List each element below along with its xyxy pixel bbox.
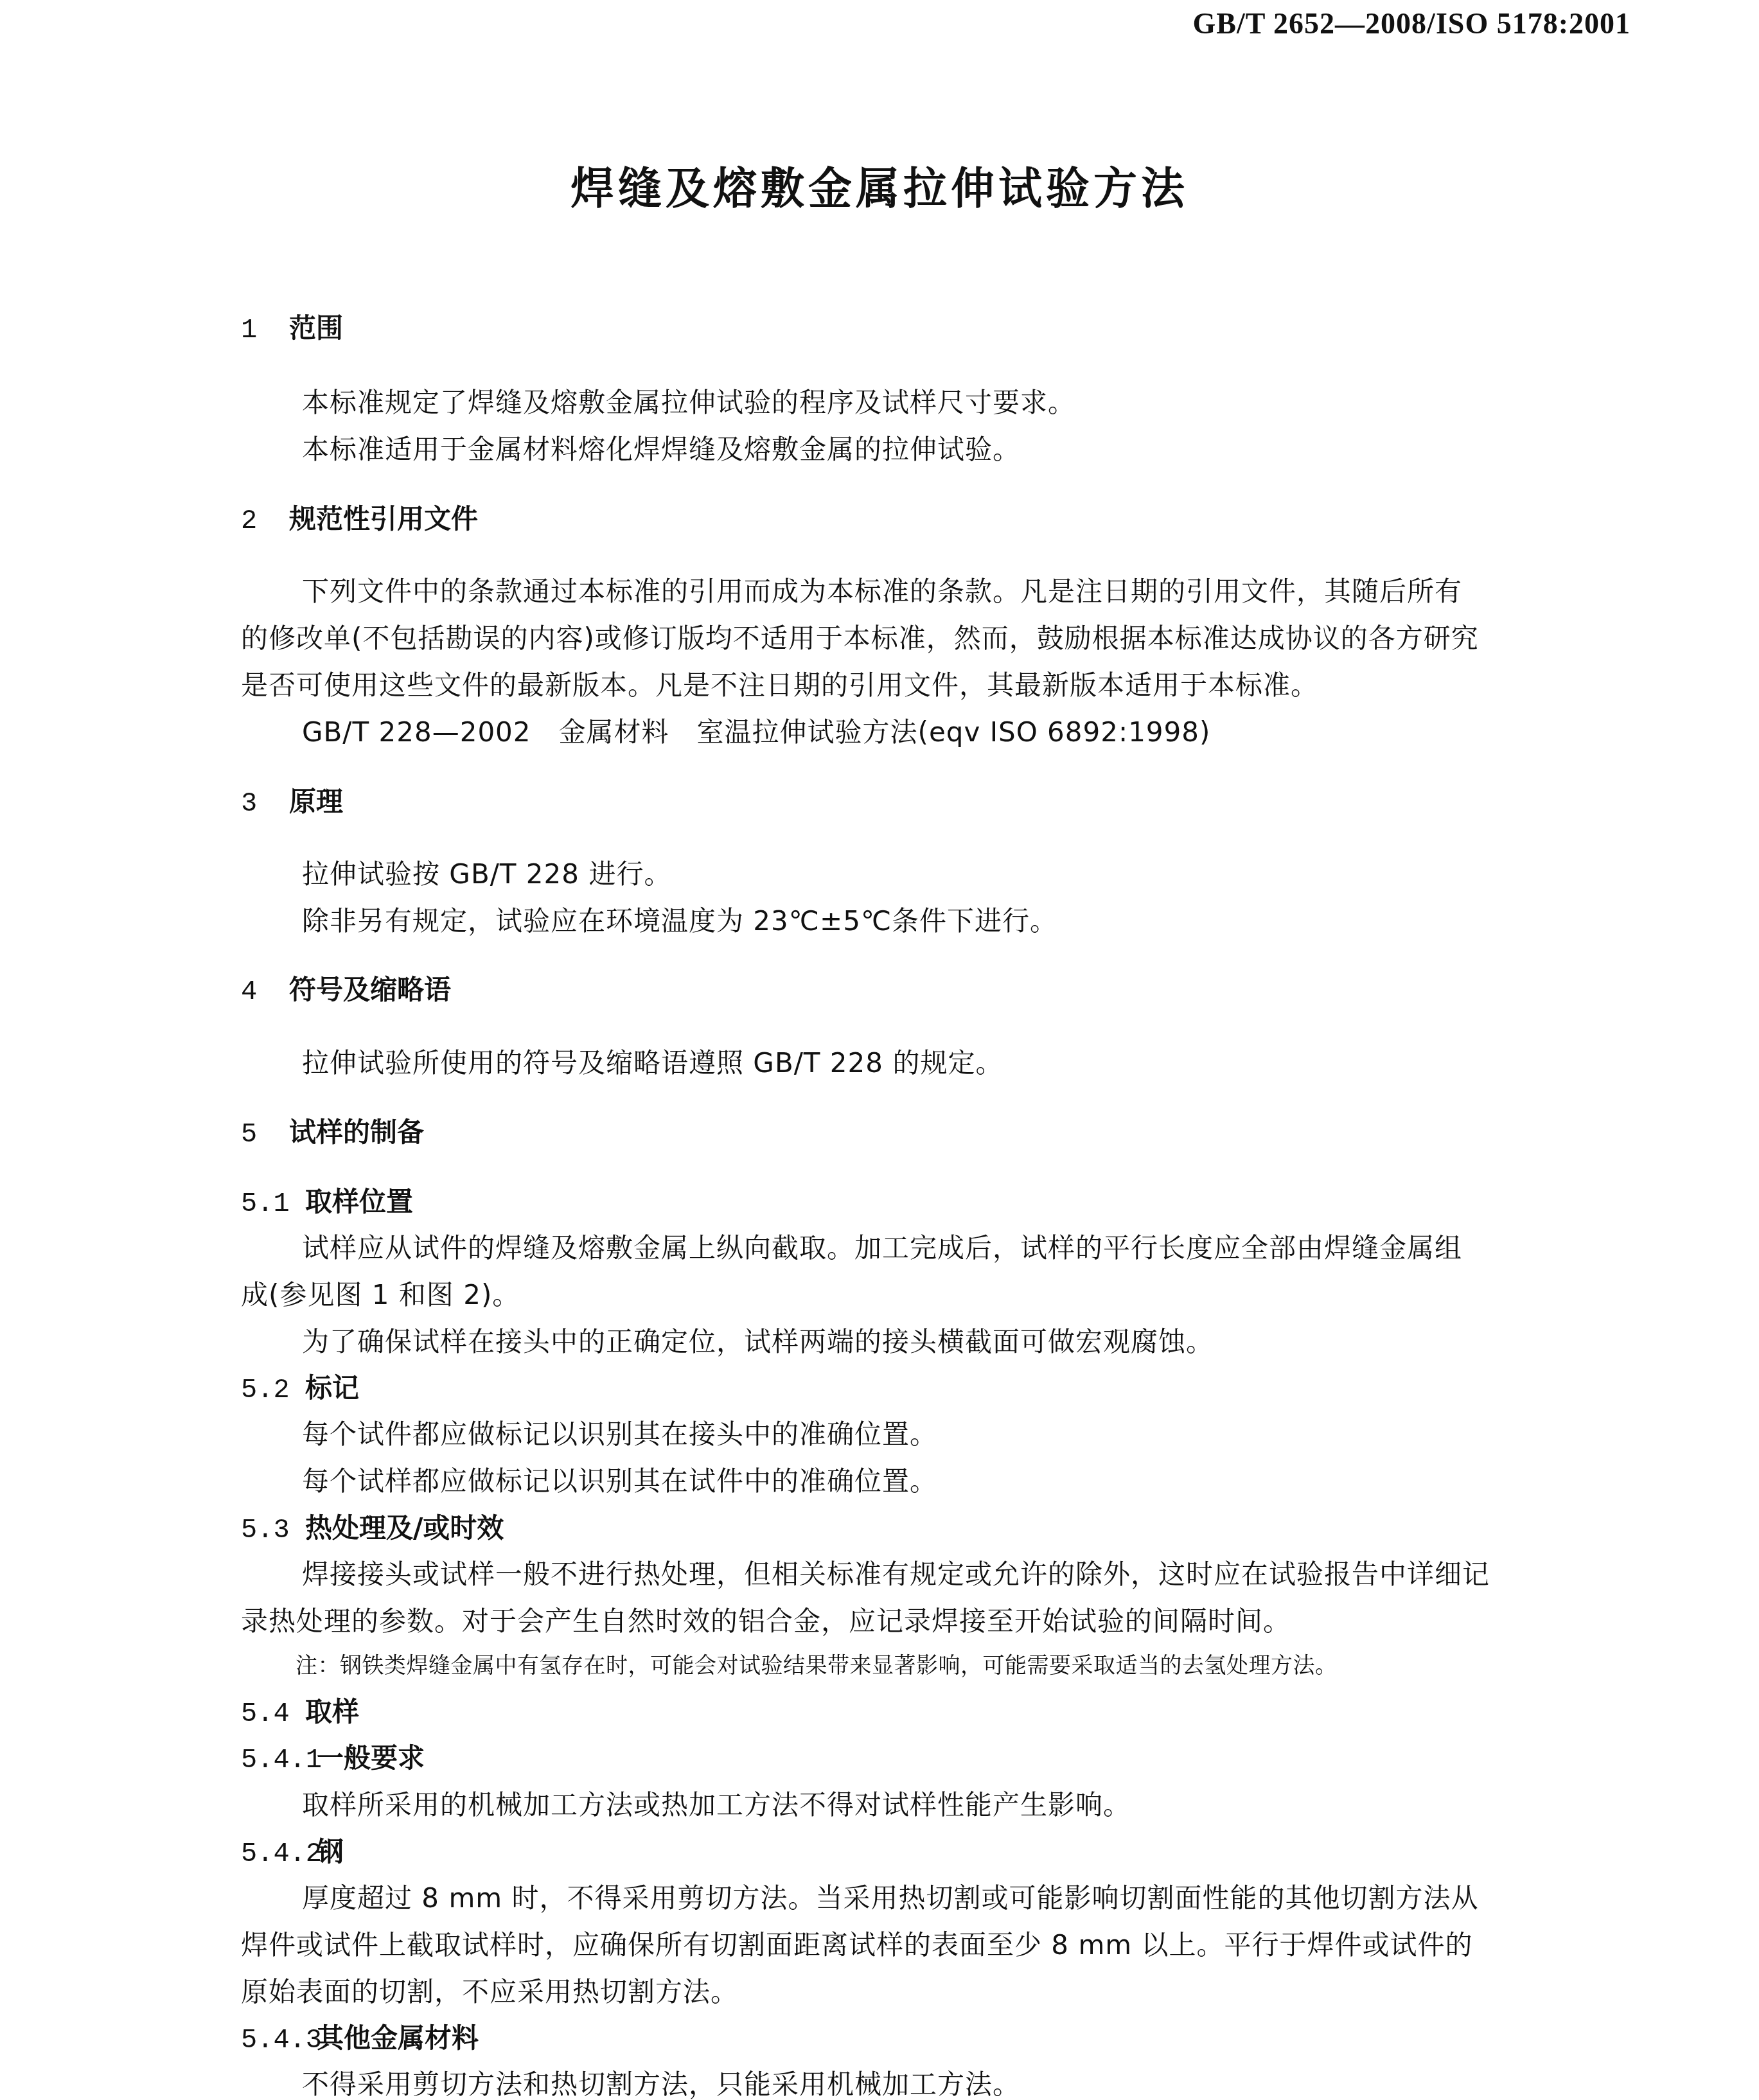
paragraph-line: 焊接接头或试样一般不进行热处理，但相关标准有规定或允许的除外，这时应在试验报告中… [302,1553,1490,1592]
paragraph-line: 厚度超过 8 mm 时，不得采用剪切方法。当采用热切割或可能影响切割面性能的其他… [302,1877,1479,1916]
standard-code-header: GB/T 2652—2008/ISO 5178:2001 [1193,6,1631,40]
document-title: 焊缝及熔敷金属拉伸试验方法 [0,154,1759,216]
section-heading-5-4-2: 5.4.2钢 [241,1831,344,1869]
section-heading-1: 1范围 [241,307,343,346]
paragraph-line: 取样所采用的机械加工方法或热加工方法不得对试样性能产生影响。 [302,1784,1131,1822]
paragraph-line: 焊件或试件上截取试样时，应确保所有切割面距离试样的表面至少 8 mm 以上。平行… [241,1924,1473,1963]
section-heading-5-2: 5.2标记 [241,1367,359,1406]
paragraph-line: 不得采用剪切方法和热切割方法，只能采用机械加工方法。 [302,2063,1020,2100]
paragraph-line: 本标准规定了焊缝及熔敷金属拉伸试验的程序及试样尺寸要求。 [302,382,1075,420]
section-heading-3: 3原理 [241,781,343,819]
paragraph-line: 每个试样都应做标记以识别其在试件中的准确位置。 [302,1460,937,1499]
section-heading-5-4-3: 5.4.3其他金属材料 [241,2017,479,2056]
note-text: 注：钢铁类焊缝金属中有氢存在时，可能会对试验结果带来显著影响，可能需要采取适当的… [296,1648,1338,1679]
section-heading-2: 2规范性引用文件 [241,498,478,536]
paragraph-line: 的修改单(不包括勘误的内容)或修订版均不适用于本标准，然而，鼓励根据本标准达成协… [241,617,1479,656]
paragraph-line: 为了确保试样在接头中的正确定位，试样两端的接头横截面可做宏观腐蚀。 [302,1321,1214,1359]
section-heading-5: 5试样的制备 [241,1111,424,1150]
paragraph-line: 除非另有规定，试验应在环境温度为 23℃±5℃条件下进行。 [302,900,1057,939]
paragraph-line: 每个试件都应做标记以识别其在接头中的准确位置。 [302,1413,937,1452]
section-heading-5-4-1: 5.4.1一般要求 [241,1737,425,1776]
section-heading-5-1: 5.1取样位置 [241,1181,413,1219]
paragraph-line: 下列文件中的条款通过本标准的引用而成为本标准的条款。凡是注日期的引用文件，其随后… [302,570,1462,609]
paragraph-line: 录热处理的参数。对于会产生自然时效的铝合金，应记录焊接至开始试验的间隔时间。 [241,1600,1291,1639]
paragraph-line: 是否可使用这些文件的最新版本。凡是不注日期的引用文件，其最新版本适用于本标准。 [241,664,1318,703]
section-heading-4: 4符号及缩略语 [241,969,451,1007]
paragraph-line: 原始表面的切割，不应采用热切割方法。 [241,1971,738,2009]
section-heading-5-4: 5.4取样 [241,1691,359,1729]
paragraph-line: 拉伸试验按 GB/T 228 进行。 [302,853,671,892]
paragraph-line: 试样应从试件的焊缝及熔敷金属上纵向截取。加工完成后，试样的平行长度应全部由焊缝金… [302,1227,1462,1266]
section-heading-5-3: 5.3热处理及/或时效 [241,1507,504,1546]
paragraph-line: 成(参见图 1 和图 2)。 [241,1274,520,1312]
paragraph-line: 本标准适用于金属材料熔化焊焊缝及熔敷金属的拉伸试验。 [302,428,1020,467]
normative-reference: GB/T 228—2002 金属材料 室温拉伸试验方法(eqv ISO 6892… [302,711,1210,750]
paragraph-line: 拉伸试验所使用的符号及缩略语遵照 GB/T 228 的规定。 [302,1042,1003,1081]
